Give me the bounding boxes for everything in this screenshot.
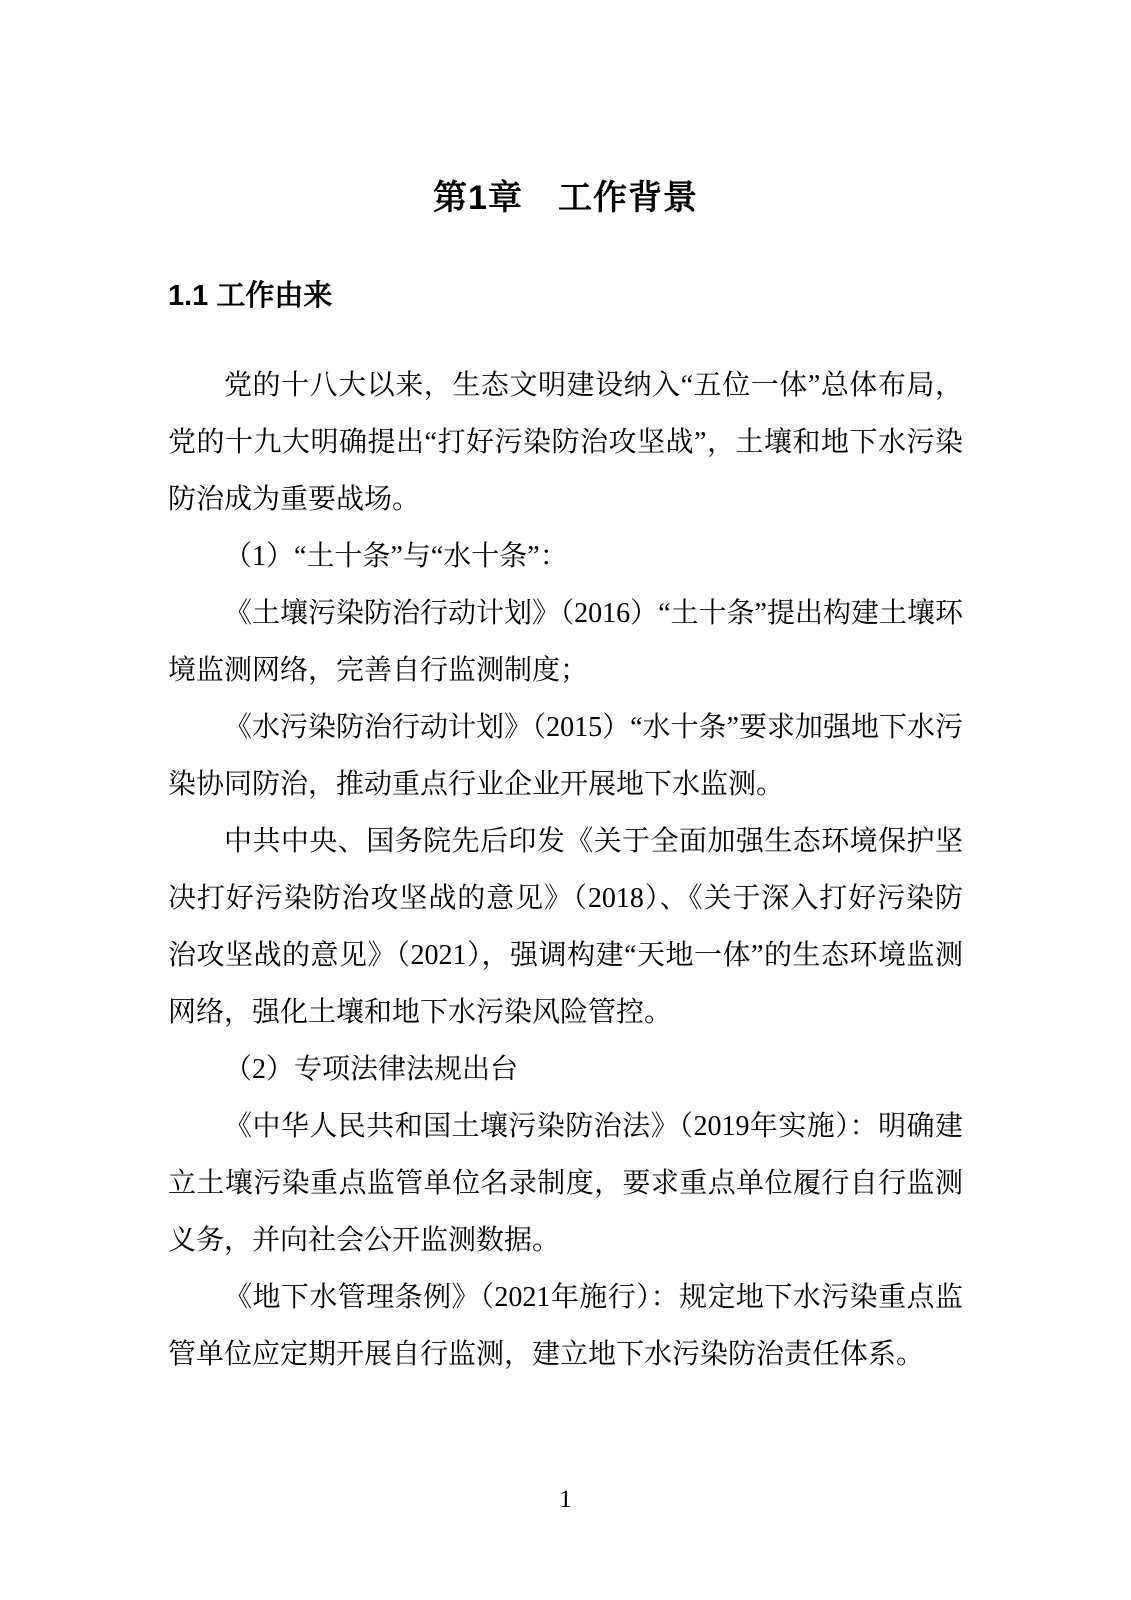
body-paragraph: 《地下水管理条例》（2021年施行）：规定地下水污染重点监管单位应定期开展自行监… — [168, 1269, 963, 1383]
body-paragraph: （2）专项法律法规出台 — [168, 1041, 963, 1098]
chapter-title: 第1章 工作背景 — [168, 0, 963, 217]
section-heading: 1.1 工作由来 — [168, 281, 963, 313]
body-text: 党的十八大以来，生态文明建设纳入“五位一体”总体布局，党的十九大明确提出“打好污… — [168, 357, 963, 1383]
body-paragraph: 党的十八大以来，生态文明建设纳入“五位一体”总体布局，党的十九大明确提出“打好污… — [168, 357, 963, 528]
body-paragraph: （1）“土十条”与“水十条”： — [168, 528, 963, 585]
body-paragraph: 中共中央、国务院先后印发《关于全面加强生态环境保护坚决打好污染防治攻坚战的意见》… — [168, 813, 963, 1041]
body-paragraph: 《水污染防治行动计划》（2015）“水十条”要求加强地下水污染协同防治，推动重点… — [168, 699, 963, 813]
document-page: 第1章 工作背景 1.1 工作由来 党的十八大以来，生态文明建设纳入“五位一体”… — [0, 0, 1131, 1600]
page-number: 1 — [0, 1487, 1131, 1512]
body-paragraph: 《土壤污染防治行动计划》（2016）“土十条”提出构建土壤环境监测网络，完善自行… — [168, 585, 963, 699]
body-paragraph: 《中华人民共和国土壤污染防治法》（2019年实施）：明确建立土壤污染重点监管单位… — [168, 1098, 963, 1269]
